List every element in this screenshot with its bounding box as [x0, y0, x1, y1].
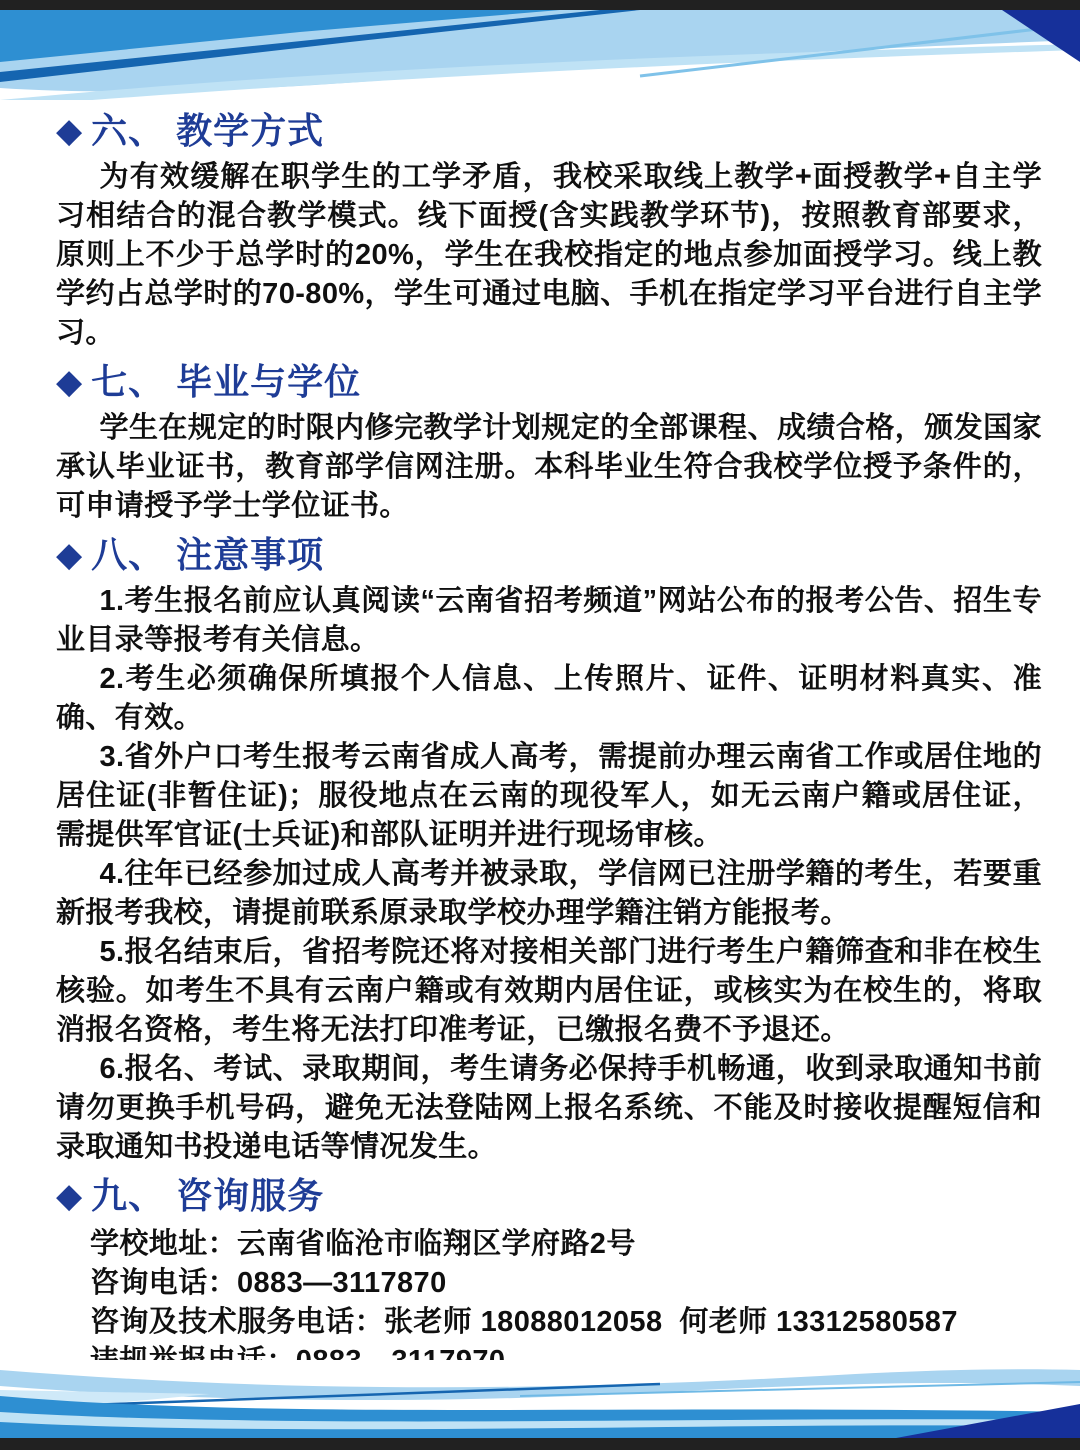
- header-wave-graphic: [0, 10, 1080, 100]
- content-area: ◆六、 教学方式 为有效缓解在职学生的工学矛盾，我校采取线上教学+面授教学+自主…: [0, 100, 1080, 1360]
- footer-wave-graphic: [0, 1360, 1080, 1438]
- section-heading-text: 六、 教学方式: [91, 110, 324, 151]
- diamond-icon: ◆: [56, 108, 83, 154]
- section-heading: ◆七、 毕业与学位: [56, 359, 1042, 406]
- section-heading-text: 八、 注意事项: [91, 534, 324, 575]
- graduation-degree-paragraph: 学生在规定的时限内修完教学计划规定的全部课程、成绩合格，颁发国家承认毕业证书，教…: [56, 409, 1042, 526]
- section-important-notes: ◆八、 注意事项 1.考生报名前应认真阅读“云南省招考频道”网站公布的报考公告、…: [56, 532, 1042, 1167]
- section-heading: ◆九、 咨询服务: [56, 1173, 1042, 1220]
- section-heading-text: 七、 毕业与学位: [91, 361, 361, 402]
- diamond-icon: ◆: [56, 1173, 83, 1219]
- poster-page: ◆六、 教学方式 为有效缓解在职学生的工学矛盾，我校采取线上教学+面授教学+自主…: [0, 0, 1080, 1450]
- contact-tech-service-phones: 咨询及技术服务电话：张老师 18088012058 何老师 1331258058…: [90, 1303, 1042, 1342]
- section-teaching-methods: ◆六、 教学方式 为有效缓解在职学生的工学矛盾，我校采取线上教学+面授教学+自主…: [56, 108, 1042, 353]
- contact-school-address: 学校地址：云南省临沧市临翔区学府路2号: [90, 1225, 1042, 1264]
- diamond-icon: ◆: [56, 359, 83, 405]
- contact-list: 学校地址：云南省临沧市临翔区学府路2号 咨询电话：0883—3117870 咨询…: [56, 1223, 1042, 1360]
- section-heading: ◆八、 注意事项: [56, 532, 1042, 579]
- section-heading: ◆六、 教学方式: [56, 108, 1042, 155]
- note-item-3: 3.省外户口考生报考云南省成人高考，需提前办理云南省工作或居住地的居住证(非暂住…: [56, 738, 1042, 855]
- bottom-black-bar: [0, 1438, 1080, 1450]
- note-item-1: 1.考生报名前应认真阅读“云南省招考频道”网站公布的报考公告、招生专业目录等报考…: [56, 582, 1042, 660]
- section-heading-text: 九、 咨询服务: [91, 1175, 324, 1216]
- section-graduation-degree: ◆七、 毕业与学位 学生在规定的时限内修完教学计划规定的全部课程、成绩合格，颁发…: [56, 359, 1042, 526]
- top-black-bar: [0, 0, 1080, 10]
- section-consultation-services: ◆九、 咨询服务 学校地址：云南省临沧市临翔区学府路2号 咨询电话：0883—3…: [56, 1173, 1042, 1360]
- diamond-icon: ◆: [56, 532, 83, 578]
- contact-phone: 咨询电话：0883—3117870: [90, 1264, 1042, 1303]
- note-item-2: 2.考生必须确保所填报个人信息、上传照片、证件、证明材料真实、准确、有效。: [56, 660, 1042, 738]
- teaching-methods-paragraph: 为有效缓解在职学生的工学矛盾，我校采取线上教学+面授教学+自主学习相结合的混合教…: [56, 158, 1042, 353]
- note-item-5: 5.报名结束后，省招考院还将对接相关部门进行考生户籍筛查和非在校生核验。如考生不…: [56, 933, 1042, 1050]
- note-item-4: 4.往年已经参加过成人高考并被录取，学信网已注册学籍的考生，若要重新报考我校，请…: [56, 855, 1042, 933]
- contact-report-phone: 违规举报电话：0883—3117970: [90, 1342, 1042, 1360]
- footer-decoration: [0, 1360, 1080, 1438]
- header-decoration: [0, 10, 1080, 100]
- note-item-6: 6.报名、考试、录取期间，考生请务必保持手机畅通，收到录取通知书前请勿更换手机号…: [56, 1050, 1042, 1167]
